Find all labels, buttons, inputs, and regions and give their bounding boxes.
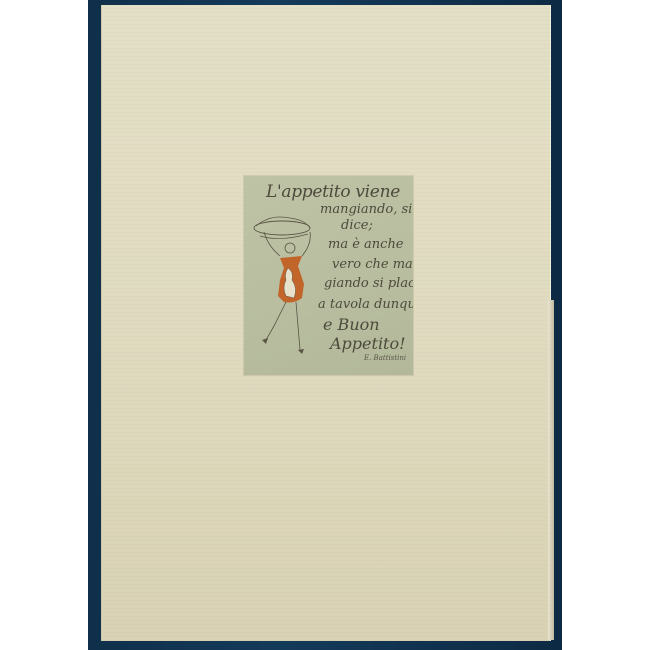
verse-line: vero che man- bbox=[332, 257, 413, 272]
verse-line: mangiando, si bbox=[320, 202, 412, 217]
verse-line: giando si placa; bbox=[324, 276, 413, 291]
artist-signature: E. Battistini bbox=[364, 354, 406, 362]
handwritten-verse: L'appetito viene mangiando, si dice; ma … bbox=[244, 176, 413, 375]
verse-line: e Buon bbox=[323, 315, 380, 334]
verse-line: L'appetito viene bbox=[266, 182, 400, 202]
verse-line: a tavola dunque bbox=[318, 297, 413, 312]
paper-edge-shadow bbox=[548, 300, 554, 640]
verse-line: ma è anche bbox=[328, 237, 404, 252]
verse-line: Appetito! bbox=[330, 334, 406, 353]
verse-line: dice; bbox=[341, 218, 373, 233]
illustrated-label: L'appetito viene mangiando, si dice; ma … bbox=[244, 176, 413, 375]
